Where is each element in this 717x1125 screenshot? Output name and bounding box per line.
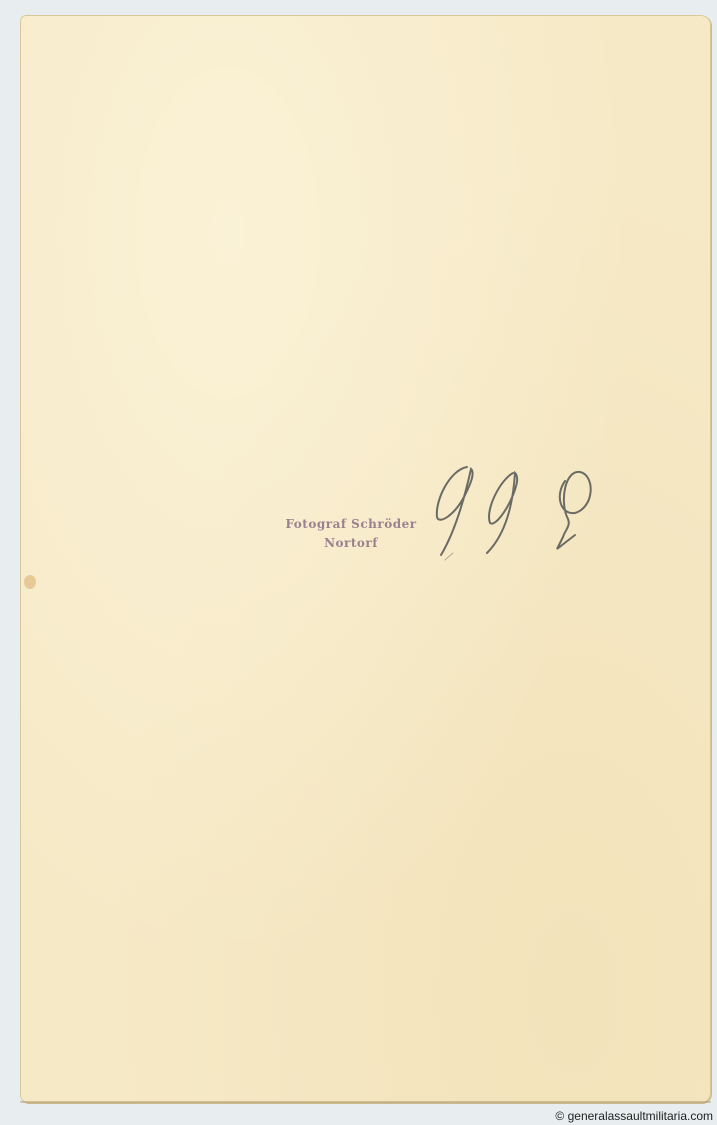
pencil-handwritten-note: 99 e	[415, 455, 615, 565]
age-stain	[24, 575, 36, 589]
photo-card-back: Fotograf Schröder Nortorf 99 e	[20, 15, 711, 1103]
stamp-line-photographer: Fotograf Schröder	[276, 515, 426, 534]
photographer-stamp: Fotograf Schröder Nortorf	[276, 515, 426, 553]
copyright-watermark: © generalassaultmilitaria.com	[555, 1109, 713, 1123]
stamp-line-town: Nortorf	[276, 534, 426, 553]
